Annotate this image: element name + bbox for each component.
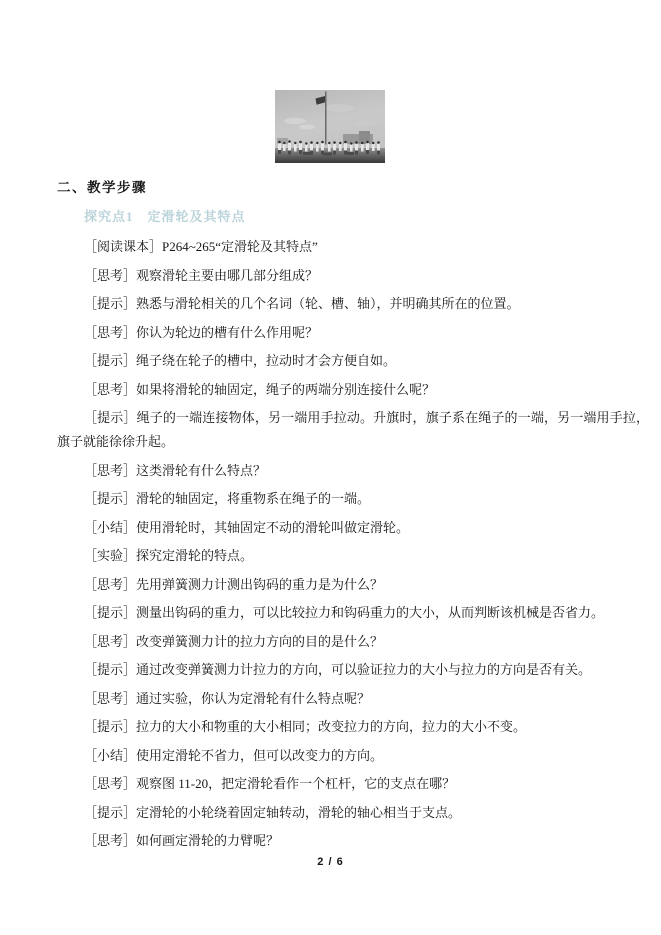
- teaching-step-paragraph: ［思考］如何画定滑轮的力臂呢？: [57, 829, 649, 853]
- teaching-step-paragraph: ［思考］你认为轮边的槽有什么作用呢？: [57, 321, 649, 345]
- explore-point-heading: 探究点1 定滑轮及其特点: [84, 206, 246, 225]
- teaching-step-paragraph: ［小结］使用滑轮时，其轴固定不动的滑轮叫做定滑轮。: [57, 516, 649, 540]
- teaching-step-paragraph: ［提示］滑轮的轴固定，将重物系在绳子的一端。: [57, 487, 649, 511]
- photo-cloud: [324, 104, 354, 112]
- teaching-step-paragraph: ［提示］通过改变弹簧测力计拉力的方向，可以验证拉力的大小与拉力的方向是否有关。: [57, 658, 649, 682]
- teaching-step-paragraph: ［思考］这类滑轮有什么特点？: [57, 459, 649, 483]
- photo-cloud: [353, 121, 377, 127]
- photo-cloud: [299, 125, 315, 130]
- teaching-step-paragraph: ［提示］拉力的大小和物重的大小相同；改变拉力的方向，拉力的大小不变。: [57, 715, 649, 739]
- teaching-step-paragraph: ［提示］测量出钩码的重力，可以比较拉力和钩码重力的大小，从而判断该机械是否省力。: [57, 601, 649, 625]
- teaching-step-paragraph: ［思考］通过实验，你认为定滑轮有什么特点呢？: [57, 687, 649, 711]
- teaching-step-paragraph: ［提示］定滑轮的小轮绕着固定轴转动，滑轮的轴心相当于支点。: [57, 801, 649, 825]
- section-heading: 二、教学步骤: [57, 176, 147, 196]
- paragraph-list: ［阅读课本］P264~265“定滑轮及其特点”［思考］观察滑轮主要由哪几部分组成…: [57, 235, 649, 858]
- teaching-step-paragraph: ［实验］探究定滑轮的特点。: [57, 544, 649, 568]
- teaching-step-paragraph: ［阅读课本］P264~265“定滑轮及其特点”: [57, 235, 649, 259]
- photo-flagpole: [325, 92, 327, 145]
- teaching-step-paragraph: ［思考］观察滑轮主要由哪几部分组成？: [57, 264, 649, 288]
- teaching-step-paragraph: ［思考］如果将滑轮的轴固定，绳子的两端分别连接什么呢？: [57, 378, 649, 402]
- teaching-step-paragraph: ［思考］改变弹簧测力计的拉力方向的目的是什么？: [57, 630, 649, 654]
- teaching-step-paragraph: ［提示］绳子绕在轮子的槽中，拉动时才会方便自如。: [57, 349, 649, 373]
- page-number: 2 / 6: [0, 856, 661, 868]
- teaching-step-paragraph: ［小结］使用定滑轮不省力，但可以改变力的方向。: [57, 744, 649, 768]
- photo-cloud: [284, 118, 306, 124]
- teaching-step-paragraph: ［思考］观察图 11-20，把定滑轮看作一个杠杆，它的支点在哪？: [57, 772, 649, 796]
- teaching-step-paragraph: ［思考］先用弹簧测力计测出钩码的重力是为什么？: [57, 573, 649, 597]
- teaching-step-paragraph: ［提示］熟悉与滑轮相关的几个名词（轮、槽、轴），并明确其所在的位置。: [57, 292, 649, 316]
- flag-raising-photo: [275, 90, 385, 163]
- teaching-step-paragraph: ［提示］绳子的一端连接物体，另一端用手拉动。升旗时，旗子系在绳子的一端，另一端用…: [57, 406, 649, 454]
- document-page: { "document": { "colors": { "subheading"…: [0, 0, 661, 935]
